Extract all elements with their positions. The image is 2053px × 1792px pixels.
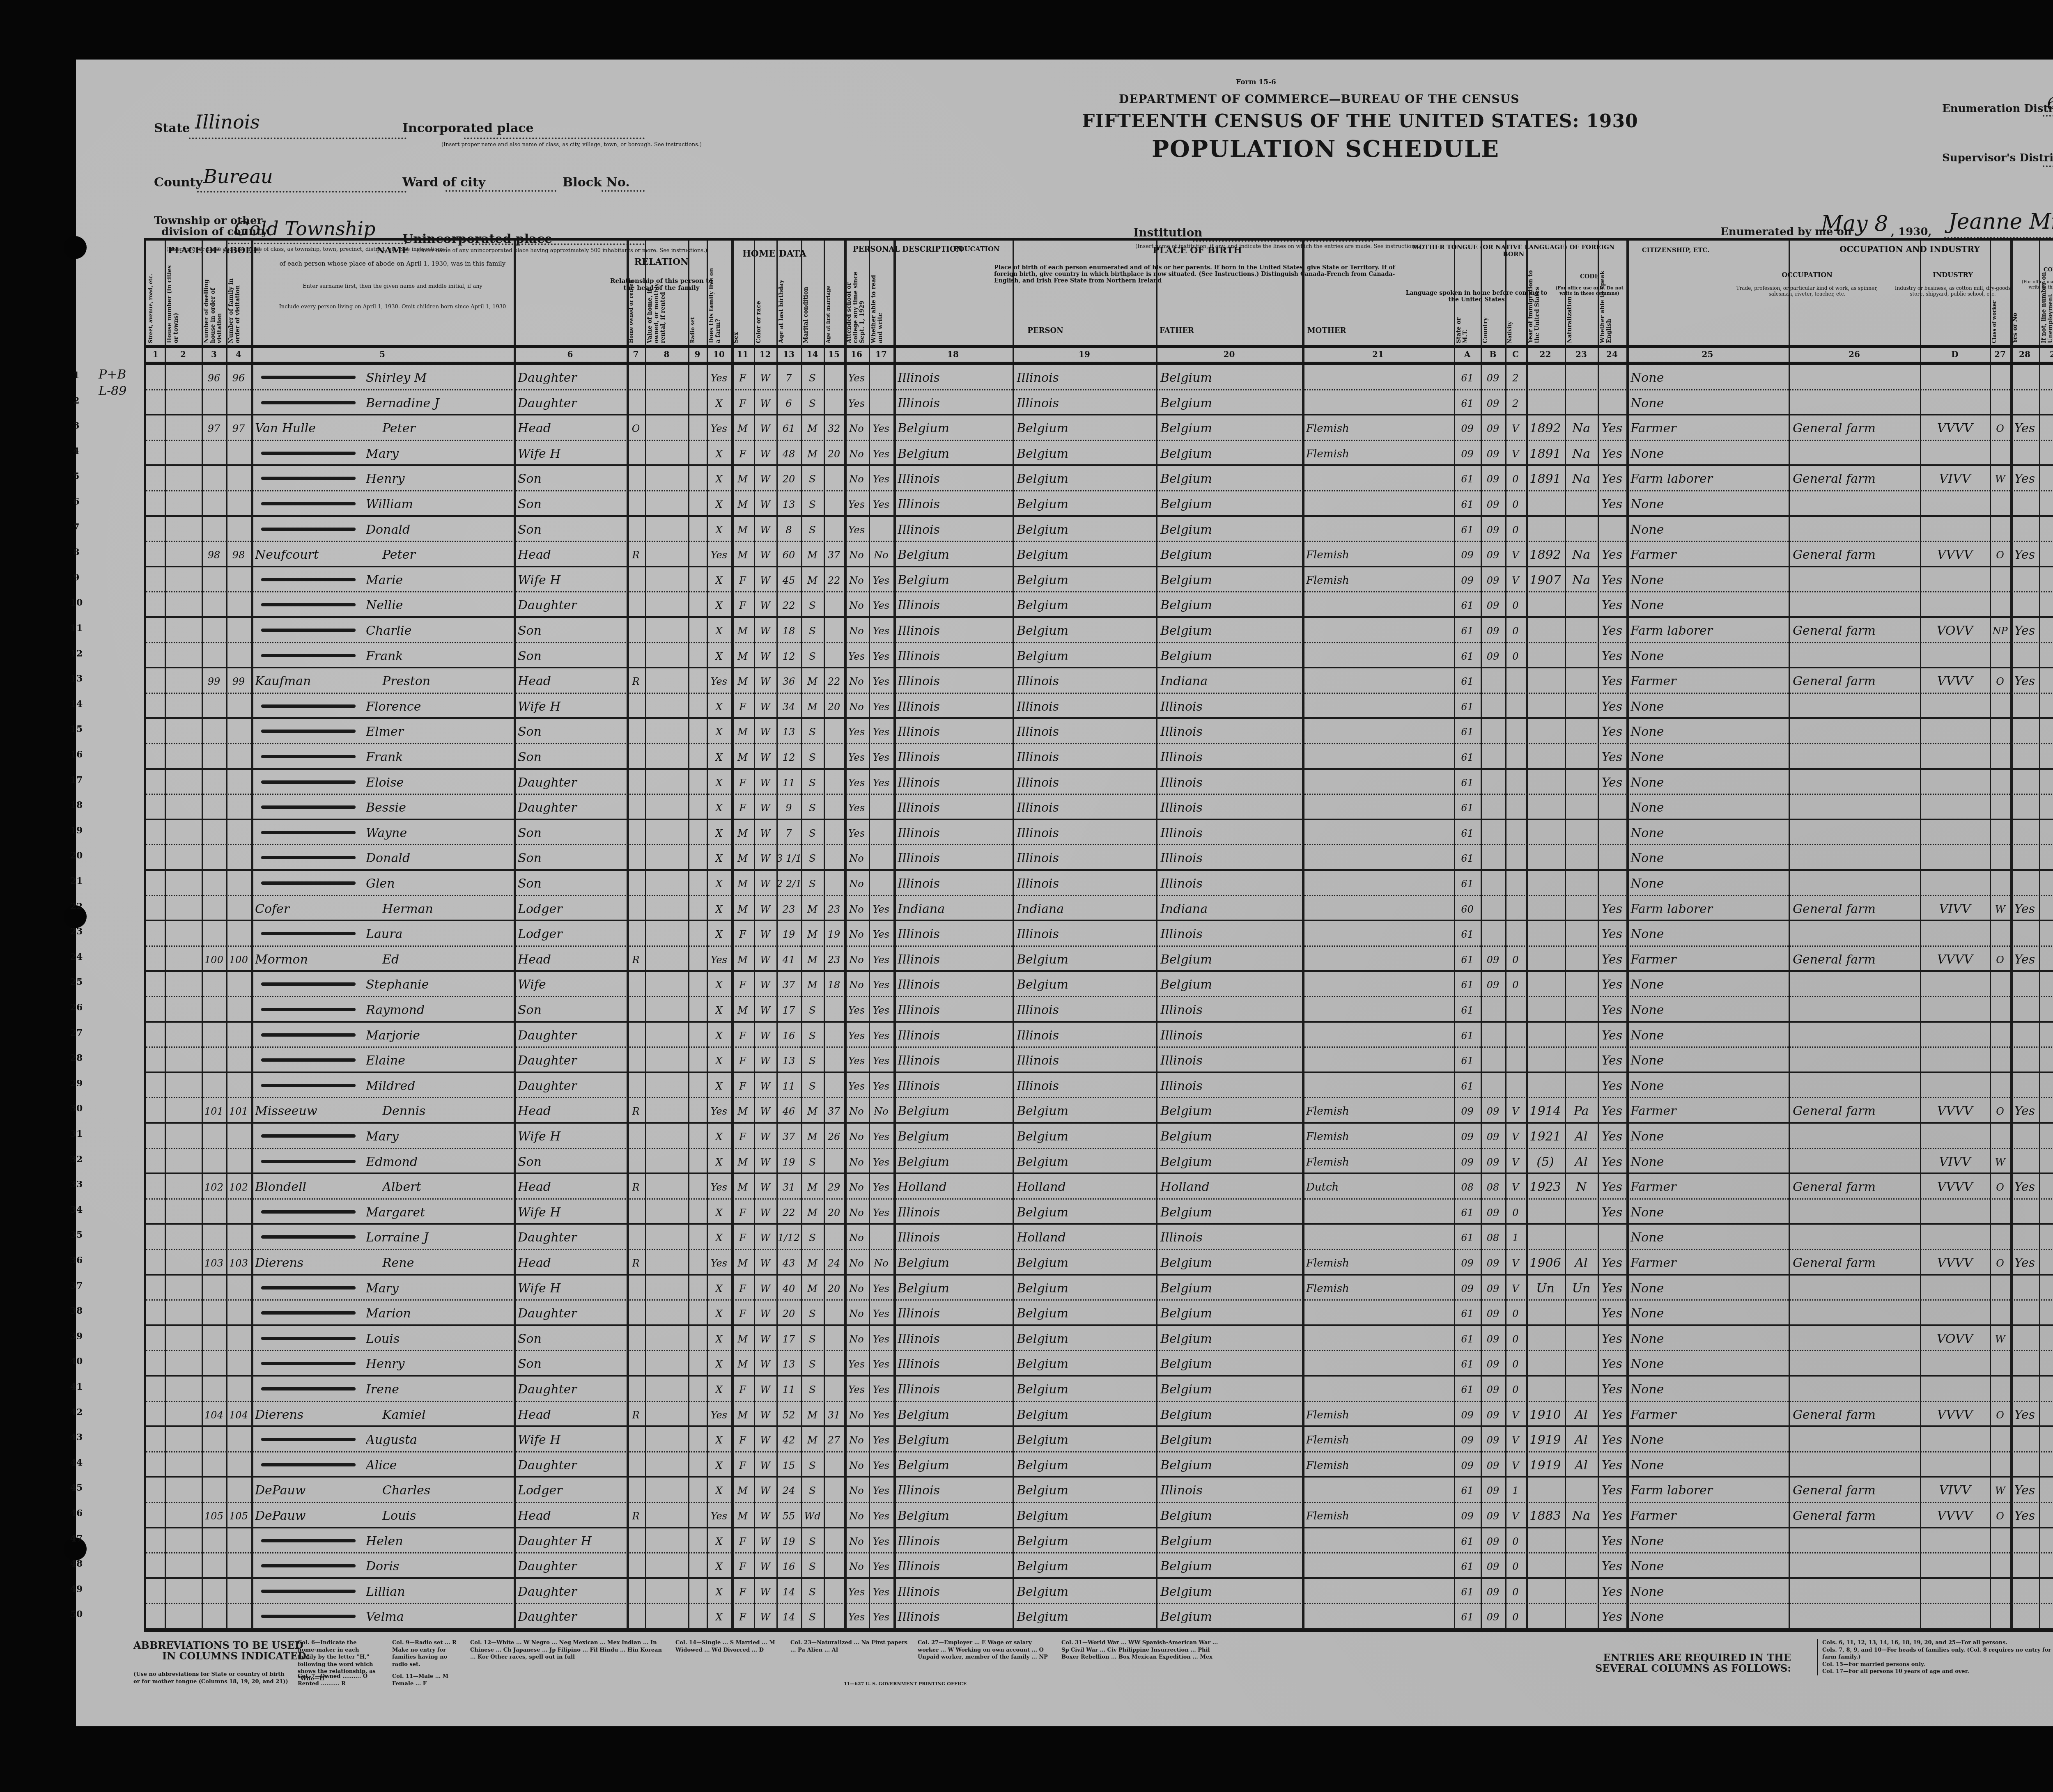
state-underline (189, 138, 406, 139)
cell-relation: Son (518, 747, 625, 768)
cell-occupation: None (1630, 1531, 1787, 1552)
cell-marital: M (801, 1404, 824, 1426)
cell-code-d: VIVV (1920, 1152, 1990, 1173)
cell-tongue: Flemish (1306, 1152, 1452, 1173)
cell-relation: Son (518, 848, 625, 869)
cell-industry: General farm (1793, 949, 1918, 971)
margin-note-1: P+B (99, 367, 126, 382)
cell-tenure: R (627, 671, 645, 692)
cell-english: Yes (1598, 1505, 1626, 1527)
cell-english: Yes (1598, 1202, 1626, 1223)
cell-read: Yes (869, 696, 893, 718)
cell-pob: Illinois (898, 823, 1011, 844)
cell-age: 12 (776, 646, 801, 667)
given-name: Bessie (366, 797, 501, 819)
cell-relation: Lodger (518, 924, 625, 945)
cell-pob-mother: Belgium (1160, 519, 1300, 541)
cell-read: Yes (869, 772, 893, 794)
cell-code-a: 61 (1454, 873, 1481, 895)
vertical-header-cA: State or M.T. (1456, 310, 1479, 343)
cell-farm: Yes (707, 1177, 731, 1198)
cell-marital: Wd (801, 1505, 824, 1527)
cell-race: W (754, 924, 776, 945)
left-line-number: 42 (68, 1407, 85, 1418)
cell-race: W (754, 1303, 776, 1324)
given-name: Shirley M (366, 367, 501, 389)
cell-marital: S (801, 1556, 824, 1577)
left-line-number: 2 (68, 395, 85, 406)
cell-code-b: 09 (1481, 570, 1505, 591)
cell-english: Yes (1598, 1556, 1626, 1577)
name-instruction: Enter surname first, then the given name… (269, 284, 516, 290)
cell-family: 97 (226, 418, 251, 439)
cell-sex: F (731, 1429, 754, 1451)
cell-race: W (754, 1354, 776, 1375)
form-number: Form 15-6 (1236, 78, 1276, 86)
cell-school: No (844, 1126, 869, 1147)
abbrev-title-2: IN COLUMNS INDICATED: (133, 1651, 310, 1661)
census-title: FIFTEENTH CENSUS OF THE UNITED STATES: 1… (1082, 111, 1638, 132)
cell-pob-father: Belgium (1017, 1152, 1155, 1173)
cell-english: Yes (1598, 1581, 1626, 1603)
cell-farm: X (707, 924, 731, 945)
entries-title-1: ENTRIES ARE REQUIRED IN THE (1595, 1652, 1791, 1663)
cell-occupation: None (1630, 1050, 1787, 1072)
cell-race: W (754, 418, 776, 439)
cell-pob-mother: Illinois (1160, 696, 1300, 718)
cell-code-c: V (1505, 1429, 1526, 1451)
cell-race: W (754, 1379, 776, 1400)
cell-race: W (754, 949, 776, 971)
cell-school: No (844, 1480, 869, 1501)
cell-sex: F (731, 1303, 754, 1324)
cell-race: W (754, 1253, 776, 1274)
cell-school: No (844, 1505, 869, 1527)
cell-pob-father: Belgium (1017, 1455, 1155, 1476)
ditto-dash (261, 401, 356, 404)
cell-age: 11 (776, 1379, 801, 1400)
cell-relation: Daughter (518, 1025, 625, 1046)
cell-code-d: VOVV (1920, 620, 1990, 642)
cell-marital: M (801, 1253, 824, 1274)
given-name: Donald (366, 519, 501, 541)
cell-pob: Belgium (898, 1152, 1011, 1173)
cell-pob-father: Illinois (1017, 671, 1155, 692)
column-number: 24 (1598, 349, 1626, 359)
cell-age: 22 (776, 1202, 801, 1223)
cell-age: 15 (776, 1455, 801, 1476)
cell-family: 105 (226, 1505, 251, 1527)
cell-race: W (754, 1404, 776, 1426)
vertical-header-c12: Color or race (756, 265, 775, 343)
cell-farm: X (707, 721, 731, 743)
cell-pob-father: Belgium (1017, 646, 1155, 667)
group-place-of-abode: PLACE OF ABODE (163, 246, 265, 255)
cell-farm: X (707, 1354, 731, 1375)
cell-race: W (754, 1076, 776, 1097)
cell-sex: M (731, 1505, 754, 1527)
cell-relation: Head (518, 418, 625, 439)
cell-read: Yes (869, 1455, 893, 1476)
cell-pob-father: Belgium (1017, 620, 1155, 642)
cell-relation: Daughter (518, 1050, 625, 1072)
cell-english: Yes (1598, 899, 1626, 920)
cell-marital: S (801, 1379, 824, 1400)
given-name: Alice (366, 1455, 501, 1476)
cell-code-a: 61 (1454, 949, 1481, 971)
cell-race: W (754, 1050, 776, 1072)
cell-pob-mother: Illinois (1160, 721, 1300, 743)
cell-industry: General farm (1793, 418, 1918, 439)
cell-pob-father: Belgium (1017, 418, 1155, 439)
cell-marital: S (801, 1329, 824, 1350)
cell-english: Yes (1598, 1606, 1626, 1628)
given-name: Louis (366, 1329, 501, 1350)
cell-sex: M (731, 873, 754, 895)
cell-relation: Head (518, 1404, 625, 1426)
cell-relation: Son (518, 1329, 625, 1350)
cell-code-a: 61 (1454, 595, 1481, 616)
left-line-number: 19 (68, 825, 85, 836)
ditto-dash (261, 1235, 356, 1239)
cell-code-a: 61 (1454, 1354, 1481, 1375)
given-name: Dennis (382, 1101, 518, 1122)
cell-read: Yes (869, 646, 893, 667)
cell-english: Yes (1598, 1379, 1626, 1400)
cell-tongue: Flemish (1306, 1505, 1452, 1527)
cell-farm: X (707, 1429, 731, 1451)
cell-farm: Yes (707, 671, 731, 692)
entries-title-2: SEVERAL COLUMNS AS FOLLOWS: (1595, 1663, 1791, 1674)
cell-sex: M (731, 519, 754, 541)
cell-natur: Un (1565, 1278, 1598, 1299)
cell-pob-father: Belgium (1017, 1253, 1155, 1274)
cell-pob: Illinois (898, 1581, 1011, 1603)
cell-farm: Yes (707, 1101, 731, 1122)
cell-relation: Son (518, 646, 625, 667)
given-name: Florence (366, 696, 501, 718)
cell-race: W (754, 1455, 776, 1476)
cell-industry: General farm (1793, 1253, 1918, 1274)
cell-age-marriage: 19 (824, 924, 844, 945)
given-name: Edmond (366, 1152, 501, 1173)
cell-age: 40 (776, 1278, 801, 1299)
cell-farm: X (707, 1278, 731, 1299)
cell-pob-mother: Illinois (1160, 873, 1300, 895)
cell-sex: F (731, 772, 754, 794)
cell-relation: Daughter (518, 367, 625, 389)
cell-pob-father: Belgium (1017, 1303, 1155, 1324)
column-number: A (1454, 349, 1481, 359)
cell-immig: (5) (1526, 1152, 1565, 1173)
cell-code-a: 61 (1454, 924, 1481, 945)
left-line-number: 44 (68, 1457, 85, 1468)
cell-sex: F (731, 1581, 754, 1603)
cell-farm: X (707, 899, 731, 920)
cell-school: No (844, 1202, 869, 1223)
vertical-header-c10: Does this family live on a farm? (708, 265, 730, 343)
cell-race: W (754, 1581, 776, 1603)
cell-farm: X (707, 696, 731, 718)
abbrev-col9: Col. 9—Radio set ... R Make no entry for… (392, 1639, 462, 1668)
cell-age-marriage: 18 (824, 974, 844, 996)
cell-age: 37 (776, 974, 801, 996)
cell-at-work: Yes (2010, 1177, 2039, 1198)
surname: Dierens (255, 1253, 378, 1274)
cell-marital: M (801, 1126, 824, 1147)
cell-farm: Yes (707, 544, 731, 566)
cell-read: Yes (869, 443, 893, 465)
cell-sex: M (731, 1101, 754, 1122)
table-row: 44AliceDaughterXFW15SNoYesBelgiumBelgium… (146, 1452, 2053, 1478)
cell-sex: M (731, 620, 754, 642)
cell-school: No (844, 671, 869, 692)
cell-english: Yes (1598, 595, 1626, 616)
cell-pob-father: Belgium (1017, 1429, 1155, 1451)
cell-pob-mother: Belgium (1160, 595, 1300, 616)
cell-pob: Illinois (898, 696, 1011, 718)
column-number: 21 (1302, 349, 1454, 359)
cell-occupation: None (1630, 873, 1787, 895)
cell-sex: F (731, 1050, 754, 1072)
cell-pob-mother: Illinois (1160, 772, 1300, 794)
cell-pob-mother: Belgium (1160, 1354, 1300, 1375)
cell-school: Yes (844, 797, 869, 819)
cell-sex: F (731, 924, 754, 945)
cell-immig: 1921 (1526, 1126, 1565, 1147)
cell-age: 17 (776, 1329, 801, 1350)
ditto-dash (261, 805, 356, 809)
row-rule (146, 1628, 2053, 1629)
cell-sex: F (731, 1227, 754, 1248)
cell-marital: S (801, 721, 824, 743)
cell-pob: Indiana (898, 899, 1011, 920)
cell-code-c: 1 (1505, 1227, 1526, 1248)
cell-dwelling: 102 (202, 1177, 226, 1198)
column-number: 15 (824, 349, 844, 359)
cell-natur: Na (1565, 468, 1598, 490)
cell-code-b: 09 (1481, 1429, 1505, 1451)
cell-tongue: Flemish (1306, 1253, 1452, 1274)
cell-family: 98 (226, 544, 251, 566)
cell-age-marriage: 31 (824, 1404, 844, 1426)
cell-code-c: 0 (1505, 1531, 1526, 1552)
cell-code-d: VVVV (1920, 671, 1990, 692)
cell-pob-mother: Belgium (1160, 1329, 1300, 1350)
cell-pob: Illinois (898, 494, 1011, 515)
given-name: Kamiel (382, 1404, 518, 1426)
cell-pob-mother: Belgium (1160, 418, 1300, 439)
cell-age-marriage: 37 (824, 544, 844, 566)
cell-code-a: 61 (1454, 671, 1481, 692)
cell-pob-father: Belgium (1017, 570, 1155, 591)
column-number: 1 (146, 349, 165, 359)
cell-occupation: None (1630, 823, 1787, 844)
ditto-dash (261, 528, 356, 531)
cell-pob-father: Illinois (1017, 747, 1155, 768)
cell-age: 24 (776, 1480, 801, 1501)
table-row: 36103103DierensReneHeadRYesMW43M24NoNoBe… (146, 1250, 2053, 1276)
table-row: 27MarjorieDaughterXFW16SYesYesIllinoisIl… (146, 1023, 2053, 1048)
cell-age-marriage: 24 (824, 1253, 844, 1274)
left-line-number: 18 (68, 800, 85, 810)
vertical-header-c14: Marital condition (803, 265, 822, 343)
cell-marital: S (801, 1000, 824, 1021)
cell-pob: Illinois (898, 1531, 1011, 1552)
left-line-number: 30 (68, 1103, 85, 1114)
cell-age: 22 (776, 595, 801, 616)
cell-sex: M (731, 418, 754, 439)
given-name: Lorraine J (366, 1227, 501, 1248)
cell-industry: General farm (1793, 1177, 1918, 1198)
cell-relation: Wife H (518, 443, 625, 465)
cell-occupation: None (1630, 1278, 1787, 1299)
column-number: 10 (707, 349, 731, 359)
cell-pob: Illinois (898, 797, 1011, 819)
cell-english: Yes (1598, 1455, 1626, 1476)
cell-age-marriage: 37 (824, 1101, 844, 1122)
cell-code-a: 08 (1454, 1177, 1481, 1198)
table-row: 34MargaretWife HXFW22M20NoYesIllinoisBel… (146, 1200, 2053, 1225)
table-row: 35Lorraine JDaughterXFW1/12SNoIllinoisHo… (146, 1225, 2053, 1250)
column-number: 4 (226, 349, 251, 359)
cell-farm: X (707, 848, 731, 869)
cell-pob-mother: Illinois (1160, 1227, 1300, 1248)
cell-pob: Illinois (898, 1076, 1011, 1097)
cell-marital: S (801, 1076, 824, 1097)
cell-pob-mother: Belgium (1160, 544, 1300, 566)
cell-family: 99 (226, 671, 251, 692)
cell-pob-father: Holland (1017, 1177, 1155, 1198)
given-name: Marie (366, 570, 501, 591)
cell-race: W (754, 519, 776, 541)
cell-pob: Illinois (898, 1556, 1011, 1577)
cell-pob-father: Illinois (1017, 873, 1155, 895)
sd-label: Supervisor's District No. (1942, 152, 2053, 164)
surname: Mormon (255, 949, 378, 971)
cell-marital: S (801, 1303, 824, 1324)
cell-pob-mother: Belgium (1160, 646, 1300, 667)
cell-code-c: V (1505, 1404, 1526, 1426)
cell-occupation: Farmer (1630, 1404, 1787, 1426)
given-name: William (366, 494, 501, 515)
table-row: 38MarionDaughterXFW20SNoYesIllinoisBelgi… (146, 1301, 2053, 1326)
cell-dwelling: 104 (202, 1404, 226, 1426)
cell-pob-mother: Belgium (1160, 1581, 1300, 1603)
cell-marital: M (801, 924, 824, 945)
cell-marital: S (801, 747, 824, 768)
cell-pob: Illinois (898, 772, 1011, 794)
cell-occupation: None (1630, 721, 1787, 743)
given-name: Mildred (366, 1076, 501, 1097)
cell-school: No (844, 570, 869, 591)
cell-code-a: 61 (1454, 1202, 1481, 1223)
ditto-dash (261, 831, 356, 834)
cell-relation: Son (518, 873, 625, 895)
cell-age-marriage: 20 (824, 1278, 844, 1299)
county-label: County (154, 175, 203, 190)
cell-read: Yes (869, 1076, 893, 1097)
cell-code-a: 61 (1454, 848, 1481, 869)
cell-marital: S (801, 1227, 824, 1248)
given-name: Preston (382, 671, 518, 692)
cell-school: Yes (844, 1076, 869, 1097)
cell-race: W (754, 1329, 776, 1350)
ditto-dash (261, 730, 356, 733)
cell-sex: F (731, 1606, 754, 1628)
cell-relation: Son (518, 1000, 625, 1021)
cell-english: Yes (1598, 721, 1626, 743)
cell-immig: 1883 (1526, 1505, 1565, 1527)
cell-school: No (844, 1253, 869, 1274)
cell-dwelling: 100 (202, 949, 226, 971)
cell-race: W (754, 873, 776, 895)
cell-code-a: 09 (1454, 1101, 1481, 1122)
cell-age: 13 (776, 721, 801, 743)
given-name: Rene (382, 1253, 518, 1274)
abbrev-col27: Col. 27—Employer ... E Wage or salary wo… (918, 1639, 1053, 1661)
cell-age-marriage: 20 (824, 1202, 844, 1223)
cell-english: Yes (1598, 924, 1626, 945)
schedule-title: POPULATION SCHEDULE (1152, 135, 1500, 163)
ditto-dash (261, 1286, 356, 1290)
cell-pob-mother: Belgium (1160, 494, 1300, 515)
cell-pob: Illinois (898, 1025, 1011, 1046)
cell-school: Yes (844, 393, 869, 414)
cell-farm: X (707, 747, 731, 768)
cell-sex: F (731, 1455, 754, 1476)
block-label: Block No. (563, 175, 630, 190)
left-line-number: 40 (68, 1356, 85, 1367)
cell-natur: Na (1565, 418, 1598, 439)
cell-marital: S (801, 620, 824, 642)
cell-class: W (1990, 1480, 2010, 1501)
column-number: 6 (514, 349, 627, 359)
cell-sex: M (731, 1000, 754, 1021)
cell-school: No (844, 924, 869, 945)
township-value: Gold Township (234, 218, 375, 240)
left-line-number: 14 (68, 699, 85, 709)
group-place-of-birth: PLACE OF BIRTH (992, 246, 1403, 255)
cell-relation: Wife H (518, 1278, 625, 1299)
cell-relation: Daughter (518, 772, 625, 794)
cell-occupation: None (1630, 1303, 1787, 1324)
cell-school: No (844, 1101, 869, 1122)
institution-label: Institution (1133, 226, 1203, 239)
cell-code-d: VIVV (1920, 1480, 1990, 1501)
header-person: PERSON (990, 327, 1101, 335)
name-description: of each person whose place of abode on A… (269, 260, 516, 267)
left-line-number: 16 (68, 749, 85, 760)
cell-pob-mother: Belgium (1160, 443, 1300, 465)
cell-relation: Son (518, 494, 625, 515)
cell-code-a: 09 (1454, 443, 1481, 465)
cell-code-a: 61 (1454, 1480, 1481, 1501)
cell-code-b: 09 (1481, 1278, 1505, 1299)
cell-natur: Na (1565, 443, 1598, 465)
column-number: 25 (1626, 349, 1789, 359)
cell-relation: Head (518, 949, 625, 971)
entries-required-list-1: Cols. 6, 11, 12, 13, 14, 16, 18, 19, 20,… (1817, 1639, 2053, 1675)
cell-pob: Illinois (898, 1303, 1011, 1324)
cell-code-d: VVVV (1920, 1505, 1990, 1527)
vertical-header-c9: Radio set (690, 265, 705, 343)
ditto-dash (261, 1463, 356, 1466)
cell-pob: Illinois (898, 1050, 1011, 1072)
table-row: 50VelmaDaughterXFW14SYesYesIllinoisBelgi… (146, 1604, 2053, 1629)
cell-read: Yes (869, 620, 893, 642)
left-line-number: 41 (68, 1381, 85, 1392)
